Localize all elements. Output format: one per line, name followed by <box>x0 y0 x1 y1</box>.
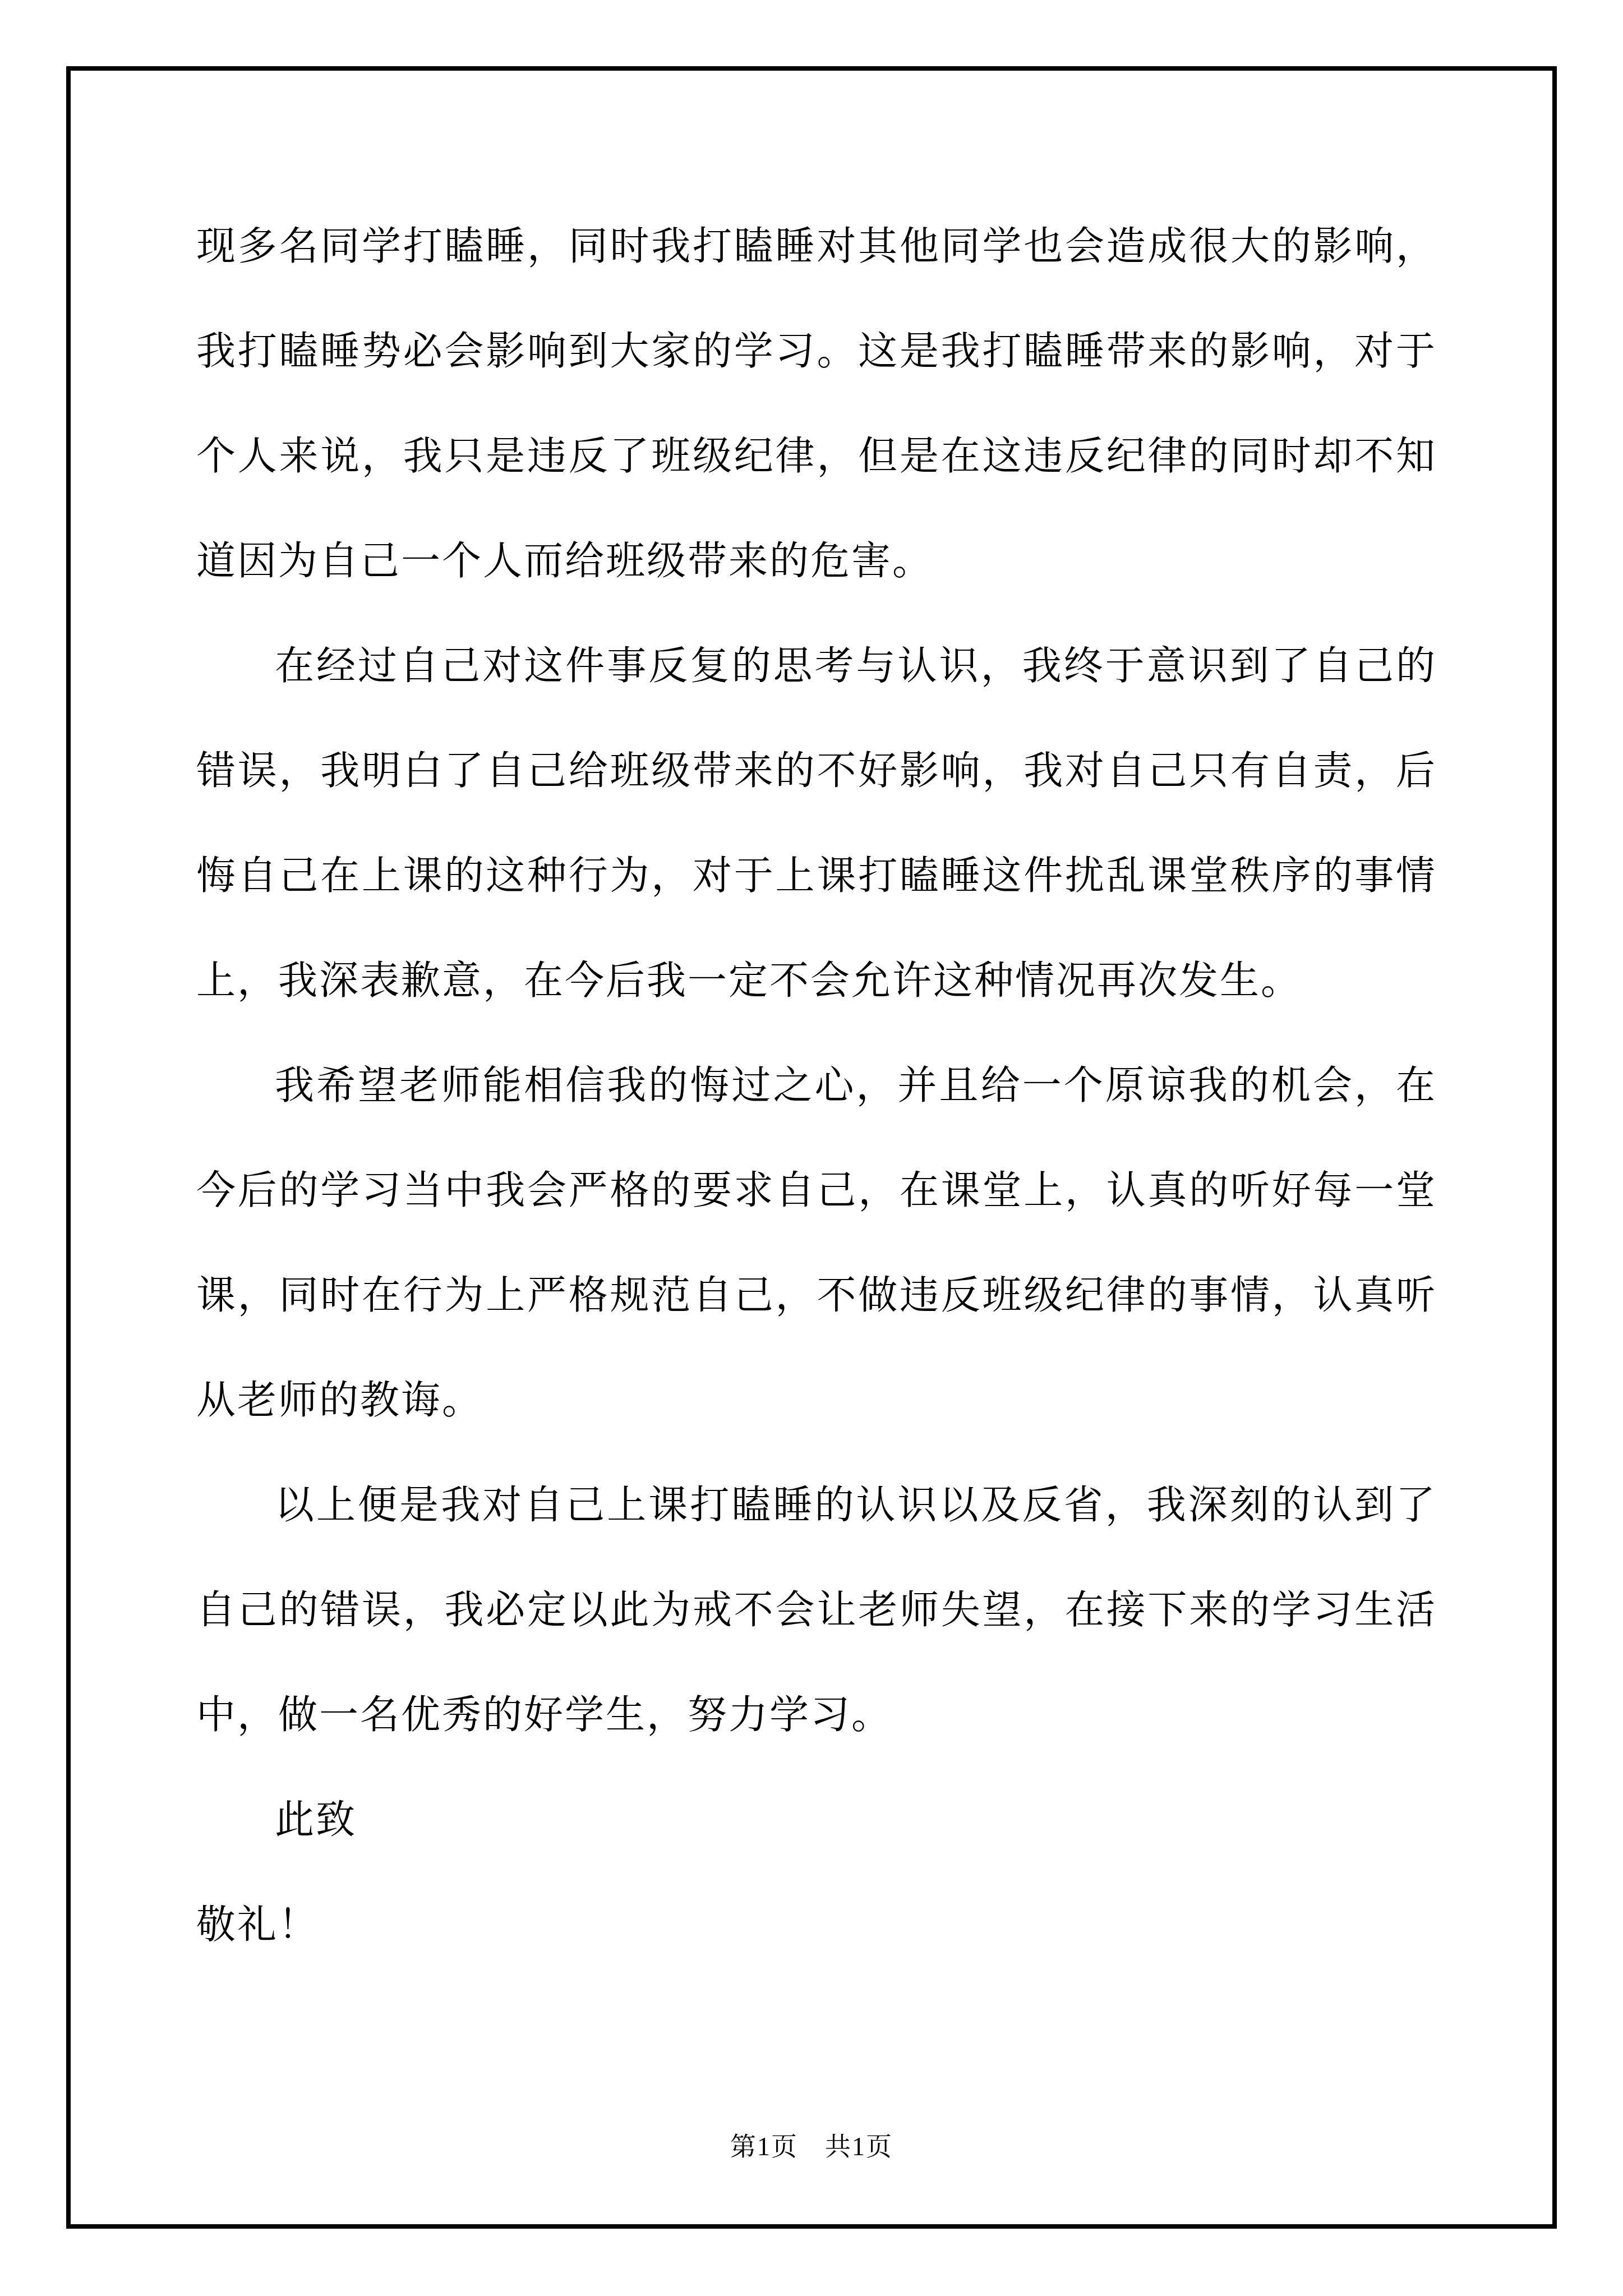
paragraph-reflection: 在经过自己对这件事反复的思考与认识，我终于意识到了自己的错误，我明白了自己给班级… <box>196 614 1437 1034</box>
page-footer: 第1页 共1页 <box>0 2127 1623 2166</box>
document-page: { "page": { "background_color": "#ffffff… <box>0 0 1623 2296</box>
closing-jingli: 敬礼！ <box>196 1873 1437 1978</box>
document-body: 现多名同学打瞌睡，同时我打瞌睡对其他同学也会造成很大的影响，我打瞌睡势必会影响到… <box>196 195 1437 1978</box>
closing-cizhi: 此致 <box>196 1768 1437 1873</box>
paragraph-promise: 我希望老师能相信我的悔过之心，并且给一个原谅我的机会，在今后的学习当中我会严格的… <box>196 1034 1437 1453</box>
paragraph-conclusion: 以上便是我对自己上课打瞌睡的认识以及反省，我深刻的认到了自己的错误，我必定以此为… <box>196 1453 1437 1768</box>
page-number-label: 第1页 共1页 <box>730 2132 893 2161</box>
paragraph-intro-continued: 现多名同学打瞌睡，同时我打瞌睡对其他同学也会造成很大的影响，我打瞌睡势必会影响到… <box>196 195 1437 614</box>
